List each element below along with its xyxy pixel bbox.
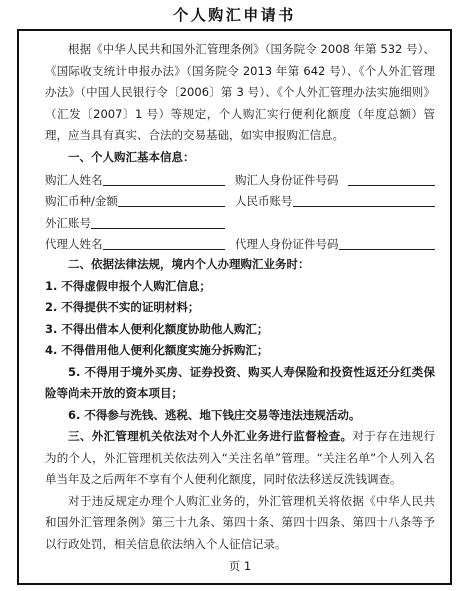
intro-paragraph: 根据《中华人民共和国外汇管理条例》（国务院令 2008 年第 532 号）、《国… — [45, 39, 435, 147]
buyer-name-input[interactable] — [103, 184, 226, 186]
field-agent-name: 代理人姓名 — [45, 234, 225, 254]
page-title: 个人购汇申请书 — [0, 4, 469, 25]
rmb-account-input[interactable] — [293, 205, 436, 207]
agent-id-number-input[interactable] — [339, 248, 436, 250]
section2-heading: 二、依据法律法规，境内个人办理购汇业务时： — [45, 254, 435, 276]
currency-amount-label: 购汇币种/金额 — [45, 191, 118, 211]
form-row-fx-account: 外汇账号 — [45, 211, 435, 233]
section1-heading: 一、个人购汇基本信息： — [45, 147, 435, 169]
document-page: 根据《中华人民共和国外汇管理条例》（国务院令 2008 年第 532 号）、《国… — [17, 29, 452, 585]
rmb-account-label: 人民币账号 — [235, 191, 293, 211]
buyer-id-number-input[interactable] — [348, 184, 436, 186]
currency-amount-input[interactable] — [118, 205, 225, 207]
form-row-currency-account: 购汇币种/金额 人民币账号 — [45, 190, 435, 212]
field-rmb-account: 人民币账号 — [235, 191, 435, 211]
section2-item-4: 4. 不得借用他人便利化额度实施分拆购汇； — [45, 340, 435, 362]
section2-item-3: 3. 不得出借本人便利化额度协助他人购汇； — [45, 319, 435, 341]
section2-item-1: 1. 不得虚假申报个人购汇信息； — [45, 276, 435, 298]
section2-item-2: 2. 不得提供不实的证明材料； — [45, 297, 435, 319]
buyer-name-label: 购汇人姓名 — [45, 170, 103, 190]
field-agent-id-number: 代理人身份证件号码 — [235, 234, 435, 254]
buyer-id-number-label: 购汇人身份证件号码 — [235, 170, 339, 190]
form-row-agent: 代理人姓名 代理人身份证件号码 — [45, 233, 435, 255]
page-number: 页 1 — [45, 556, 435, 578]
section2-item-5: 5. 不得用于境外买房、证券投资、购买人寿保险和投资性返还分红类保险等尚未开放的… — [45, 362, 435, 405]
section2-item-6: 6. 不得参与洗钱、逃税、地下钱庄交易等违法违规活动。 — [45, 405, 435, 427]
agent-name-input[interactable] — [103, 248, 226, 250]
section3-paragraph: 三、外汇管理机关依法对个人外汇业务进行监督检查。对于存在违规行为的个人，外汇管理… — [45, 426, 435, 491]
agent-name-label: 代理人姓名 — [45, 234, 103, 254]
field-currency-amount: 购汇币种/金额 — [45, 191, 225, 211]
field-buyer-id-number: 购汇人身份证件号码 — [235, 170, 435, 190]
fx-account-label: 外汇账号 — [45, 213, 91, 233]
field-fx-account: 外汇账号 — [45, 213, 225, 233]
section3-heading: 三、外汇管理机关依法对个人外汇业务进行监督检查。 — [68, 429, 352, 443]
closing-paragraph: 对于违反规定办理个人购汇业务的，外汇管理机关将依据《中华人民共和国外汇管理条例》… — [45, 491, 435, 556]
fx-account-input[interactable] — [91, 227, 225, 229]
agent-id-number-label: 代理人身份证件号码 — [235, 234, 339, 254]
form-row-name-id: 购汇人姓名 购汇人身份证件号码 — [45, 168, 435, 190]
field-buyer-name: 购汇人姓名 — [45, 170, 225, 190]
